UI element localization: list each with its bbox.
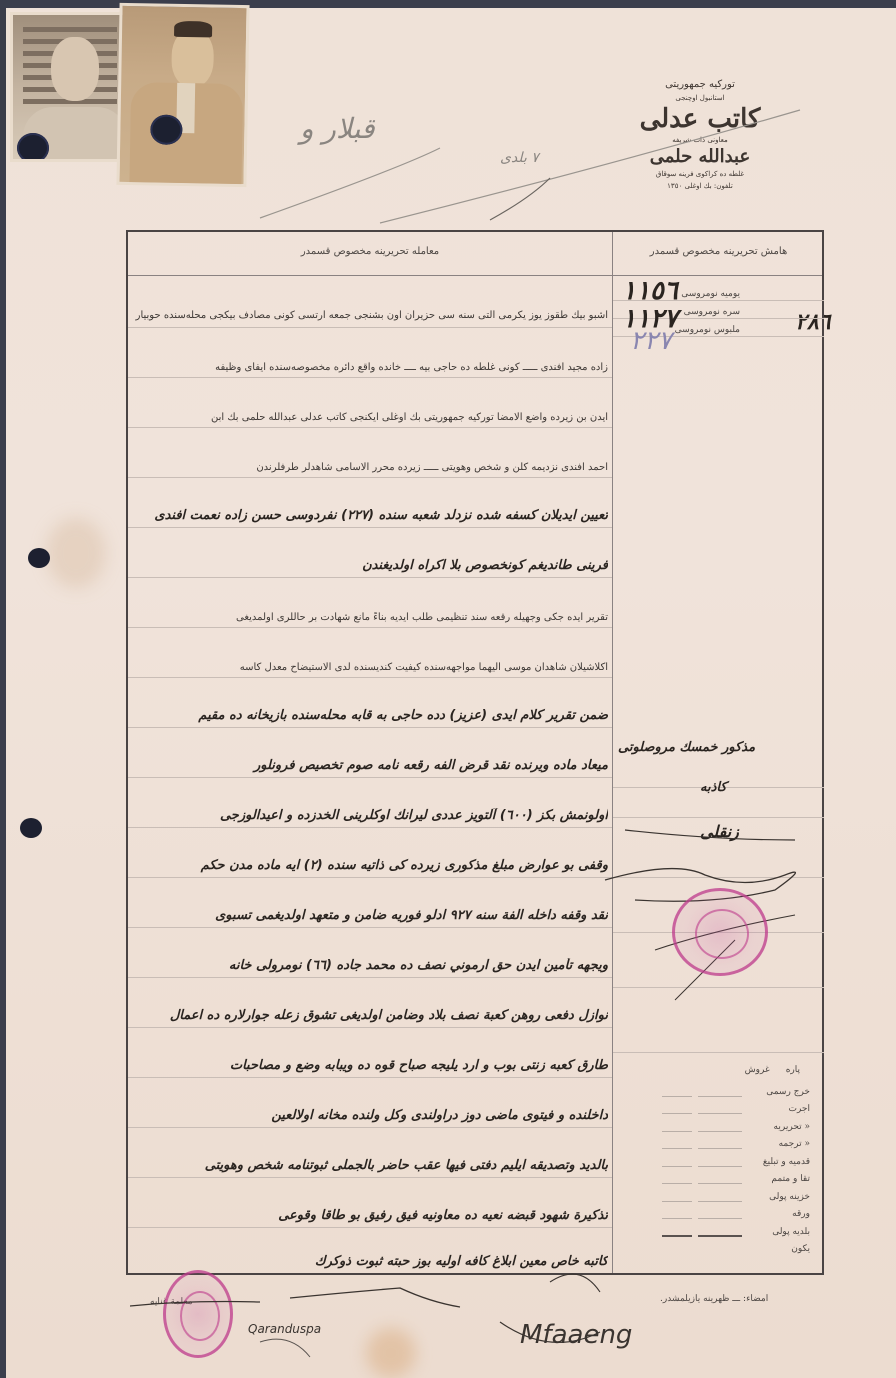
register-number-archive: ٢٢٧: [630, 326, 672, 356]
fee-row: اجرت: [640, 1097, 810, 1115]
deed-line: ايدن بن زيرده واضع الامضا توركيه جمهوريت…: [132, 412, 608, 423]
deed-line: تعيين ايديلان كسفه شده نزدلد شعبه سنده (…: [132, 508, 608, 523]
footer-signature-label: امضاء: ـــ ظهرينه يازيلمشدر.: [660, 1294, 768, 1304]
fee-row-total: يكون: [640, 1237, 810, 1255]
photo-man: [116, 3, 249, 187]
footer-signature-strokes: [130, 1262, 630, 1372]
wax-seal: [17, 133, 49, 162]
letterhead-republic: توركيه جمهوريتی: [610, 78, 790, 92]
deed-line: طارق كعبه زنتى بوب و ارد يليجه صباح قوه …: [132, 1058, 608, 1073]
paper-stain: [46, 518, 106, 588]
fee-col-para: پاره: [786, 1065, 800, 1075]
deed-line: احمد افندى نزديمه كلن و شخص وهويتى ـــــ…: [132, 462, 608, 473]
fee-row: « ترجمه: [640, 1132, 810, 1150]
fee-col-gurus: غروش: [745, 1065, 770, 1075]
main-column-header: معامله تحريرينه مخصوص قسمدر: [128, 246, 612, 257]
binding-hole: [20, 818, 42, 838]
column-divider: [612, 232, 613, 1273]
fee-row: ورقه: [640, 1202, 810, 1220]
margin-column-header: هامش تحريرينه مخصوص قسمدر: [613, 246, 824, 257]
fee-table: پاره غروش خرج رسمى اجرت « تحريريه « ترجم…: [640, 1065, 810, 1254]
fee-row: تقا و متمم: [640, 1167, 810, 1185]
deed-line: داخلنده و فيتوى ماضى دوز دراولندى وكل ول…: [132, 1108, 608, 1123]
deed-line: آكلاشيلان شاهدان موسى اليهما مواجهه‌سنده…: [132, 662, 608, 673]
fee-table-header: پاره غروش: [640, 1065, 810, 1075]
fee-row: « تحريريه: [640, 1114, 810, 1132]
deed-line: ضمن تقرير كلام ايدى (عزيز) دده حاجى به ق…: [132, 708, 608, 723]
deed-line: زاده مجيد افندى ـــــ كونى غلطه ده حاجى …: [132, 362, 608, 373]
deed-line: وقفى بو عوارض مبلغ مذكورى زيرده كى ذاتيه…: [132, 858, 608, 873]
deed-line: نقد وقفه داخله الفة سنه ٩٢٧ ادلو فوريه ض…: [132, 908, 608, 923]
binding-hole: [28, 548, 50, 568]
margin-note-2: كاذبه: [700, 780, 727, 795]
register-number-daily: ١١٥٦: [622, 276, 678, 306]
deed-line: ويجهه تأمين ايدن حق ارموني نصف ده محمد ج…: [132, 958, 608, 973]
deed-line: بالديد وتصديقه ايليم دفتى فيها عقب حاضر …: [132, 1158, 608, 1173]
form-header-row: معامله تحريرينه مخصوص قسمدر هامش تحريرين…: [128, 232, 822, 276]
deed-line: تذكيرة شهود قبضه نعيه ده معاونيه فيق رفي…: [132, 1208, 608, 1223]
deed-line: نوازل دفعى روهن كعبة نصف بلاد وضامن اولد…: [132, 1008, 608, 1023]
fee-row: خزينه پولى: [640, 1184, 810, 1202]
photo-woman: [10, 12, 130, 162]
deed-line: اولونمش بكز (٦٠٠) آلتويز عددى ليرانك اوك…: [132, 808, 608, 823]
deed-line: فرينى طانديغم كونخصوص بلا اكراه اولديغند…: [132, 558, 608, 573]
letterhead-office: استانبول اوچنجی: [610, 92, 790, 104]
deed-line: ميعاد ماده ويرنده نقد قرض الفه رقعه نامه…: [132, 758, 608, 773]
deed-line: تقرير ايده جكى وجهيله رقعه‌ سند تنظيمى ط…: [132, 612, 608, 623]
pencil-stroke: [250, 108, 810, 228]
fee-row: قدميه و تبليغ: [640, 1149, 810, 1167]
deed-line: اشبو بيك طقوز يوز يكرمى آلتى سنه سى حزير…: [132, 310, 608, 321]
fee-row: خرج رسمى: [640, 1079, 810, 1097]
margin-note: مذكور خمسك مروصلوتى: [618, 740, 755, 755]
official-seal-stamp: [672, 888, 768, 976]
fee-row: بلديه پولى: [640, 1219, 810, 1237]
